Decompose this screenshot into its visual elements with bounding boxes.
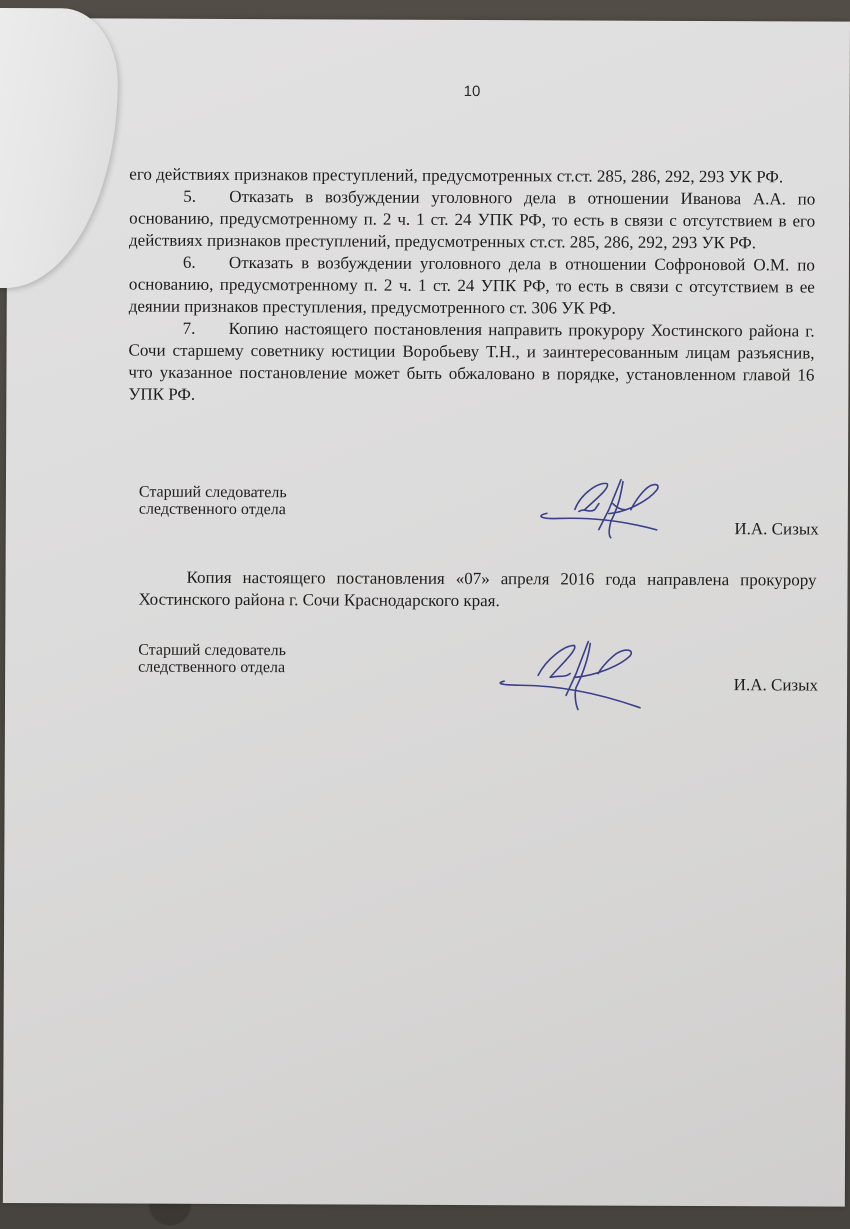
signature-block-1: Старший следователь следственного отдела… bbox=[139, 484, 819, 557]
clause-text: Отказать в возбуждении уголовного дела в… bbox=[129, 187, 815, 252]
signer-role-line1: Старший следователь bbox=[138, 642, 286, 660]
signer-role-line2: следственного отдела bbox=[139, 501, 287, 519]
curled-previous-page bbox=[0, 8, 118, 289]
clause-5: 5.Отказать в возбуждении уголовного дела… bbox=[129, 186, 815, 255]
clause-text: Копию настоящего постановления направить… bbox=[128, 319, 814, 404]
clause-number: 6. bbox=[183, 252, 229, 274]
signer-role-line2: следственного отдела bbox=[138, 659, 286, 677]
handwritten-signature bbox=[490, 635, 670, 726]
signer-role-line1: Старший следователь bbox=[139, 484, 287, 502]
copy-sent-note: Копия настоящего постановления «07» апре… bbox=[138, 567, 816, 614]
lead-in-paragraph: его действиях признаков преступлений, пр… bbox=[129, 164, 815, 189]
clause-number: 5. bbox=[183, 186, 229, 208]
signature-block-2: Старший следователь следственного отдела… bbox=[138, 642, 818, 725]
document-page: 10 его действиях признаков преступлений,… bbox=[3, 18, 850, 1207]
signer-name: И.А. Сизых bbox=[734, 676, 818, 693]
signer-role: Старший следователь следственного отдела bbox=[139, 484, 287, 519]
clause-6: 6.Отказать в возбуждении уголовного дела… bbox=[129, 252, 815, 321]
clause-text: Отказать в возбуждении уголовного дела в… bbox=[129, 253, 815, 318]
document-body: его действиях признаков преступлений, пр… bbox=[128, 164, 815, 409]
page-number: 10 bbox=[464, 83, 481, 100]
handwritten-signature bbox=[529, 473, 699, 554]
signer-role: Старший следователь следственного отдела bbox=[138, 642, 286, 677]
signer-name: И.А. Сизых bbox=[734, 520, 818, 537]
clause-number: 7. bbox=[183, 318, 229, 340]
clause-7: 7.Копию настоящего постановления направи… bbox=[128, 318, 814, 409]
